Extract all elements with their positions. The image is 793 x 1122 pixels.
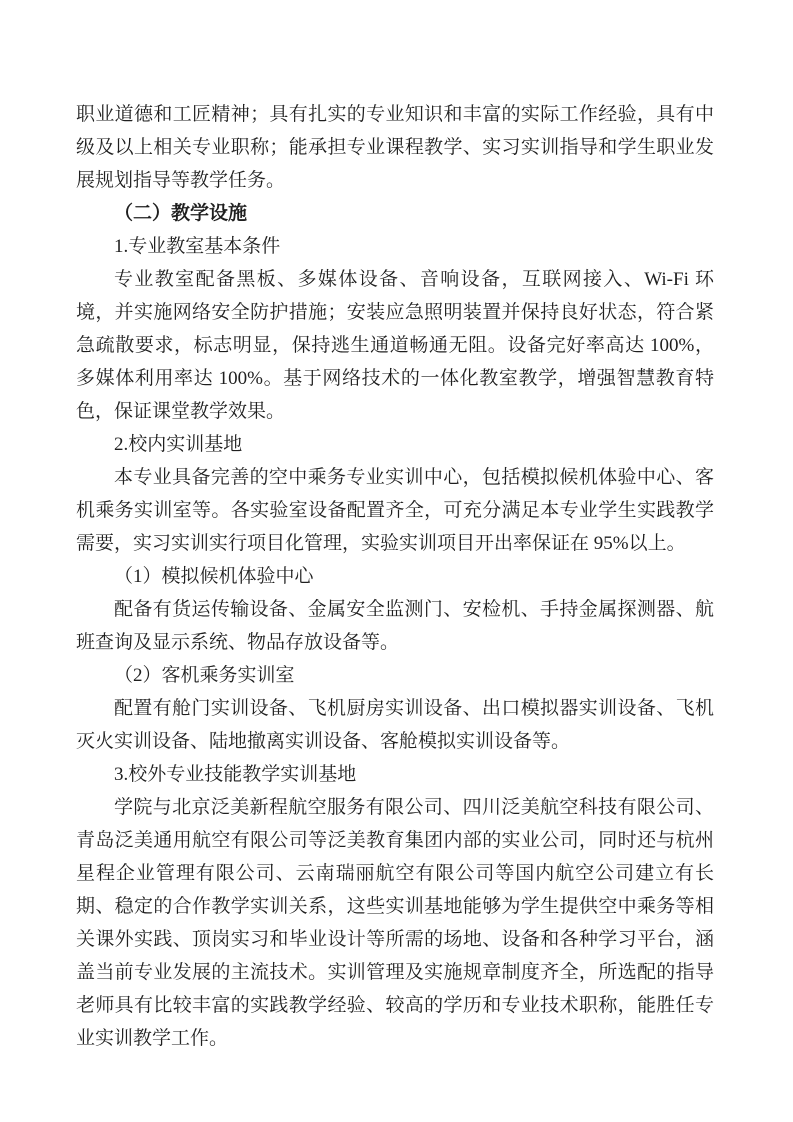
document-page: 职业道德和工匠精神；具有扎实的专业知识和丰富的实际工作经验，具有中级及以上相关专… — [0, 0, 793, 1122]
paragraph-classroom-equipment: 专业教室配备黑板、多媒体设备、音响设备，互联网接入、Wi-Fi 环境，并实施网络… — [76, 263, 714, 428]
paragraph-training-center-overview: 本专业具备完善的空中乘务专业实训中心，包括模拟候机体验中心、客机乘务实训室等。各… — [76, 461, 714, 560]
paragraph-teacher-requirements-continuation: 职业道德和工匠精神；具有扎实的专业知识和丰富的实际工作经验，具有中级及以上相关专… — [76, 98, 714, 197]
paragraph-partner-companies: 学院与北京泛美新程航空服务有限公司、四川泛美航空科技有限公司、青岛泛美通用航空有… — [76, 791, 714, 1055]
numbered-item-off-campus-training-base: 3.校外专业技能教学实训基地 — [76, 758, 714, 791]
sub-item-simulated-terminal-center: （1）模拟候机体验中心 — [76, 560, 714, 593]
numbered-item-classroom-conditions: 1.专业教室基本条件 — [76, 230, 714, 263]
section-heading-teaching-facilities: （二）教学设施 — [76, 197, 714, 230]
paragraph-cabin-training-equipment: 配置有舱门实训设备、飞机厨房实训设备、出口模拟器实训设备、飞机灭火实训设备、陆地… — [76, 692, 714, 758]
sub-item-cabin-crew-training-room: （2）客机乘务实训室 — [76, 659, 714, 692]
numbered-item-campus-training-base: 2.校内实训基地 — [76, 428, 714, 461]
paragraph-terminal-center-equipment: 配备有货运传输设备、金属安全监测门、安检机、手持金属探测器、航班查询及显示系统、… — [76, 593, 714, 659]
document-body: 职业道德和工匠精神；具有扎实的专业知识和丰富的实际工作经验，具有中级及以上相关专… — [76, 98, 714, 1055]
